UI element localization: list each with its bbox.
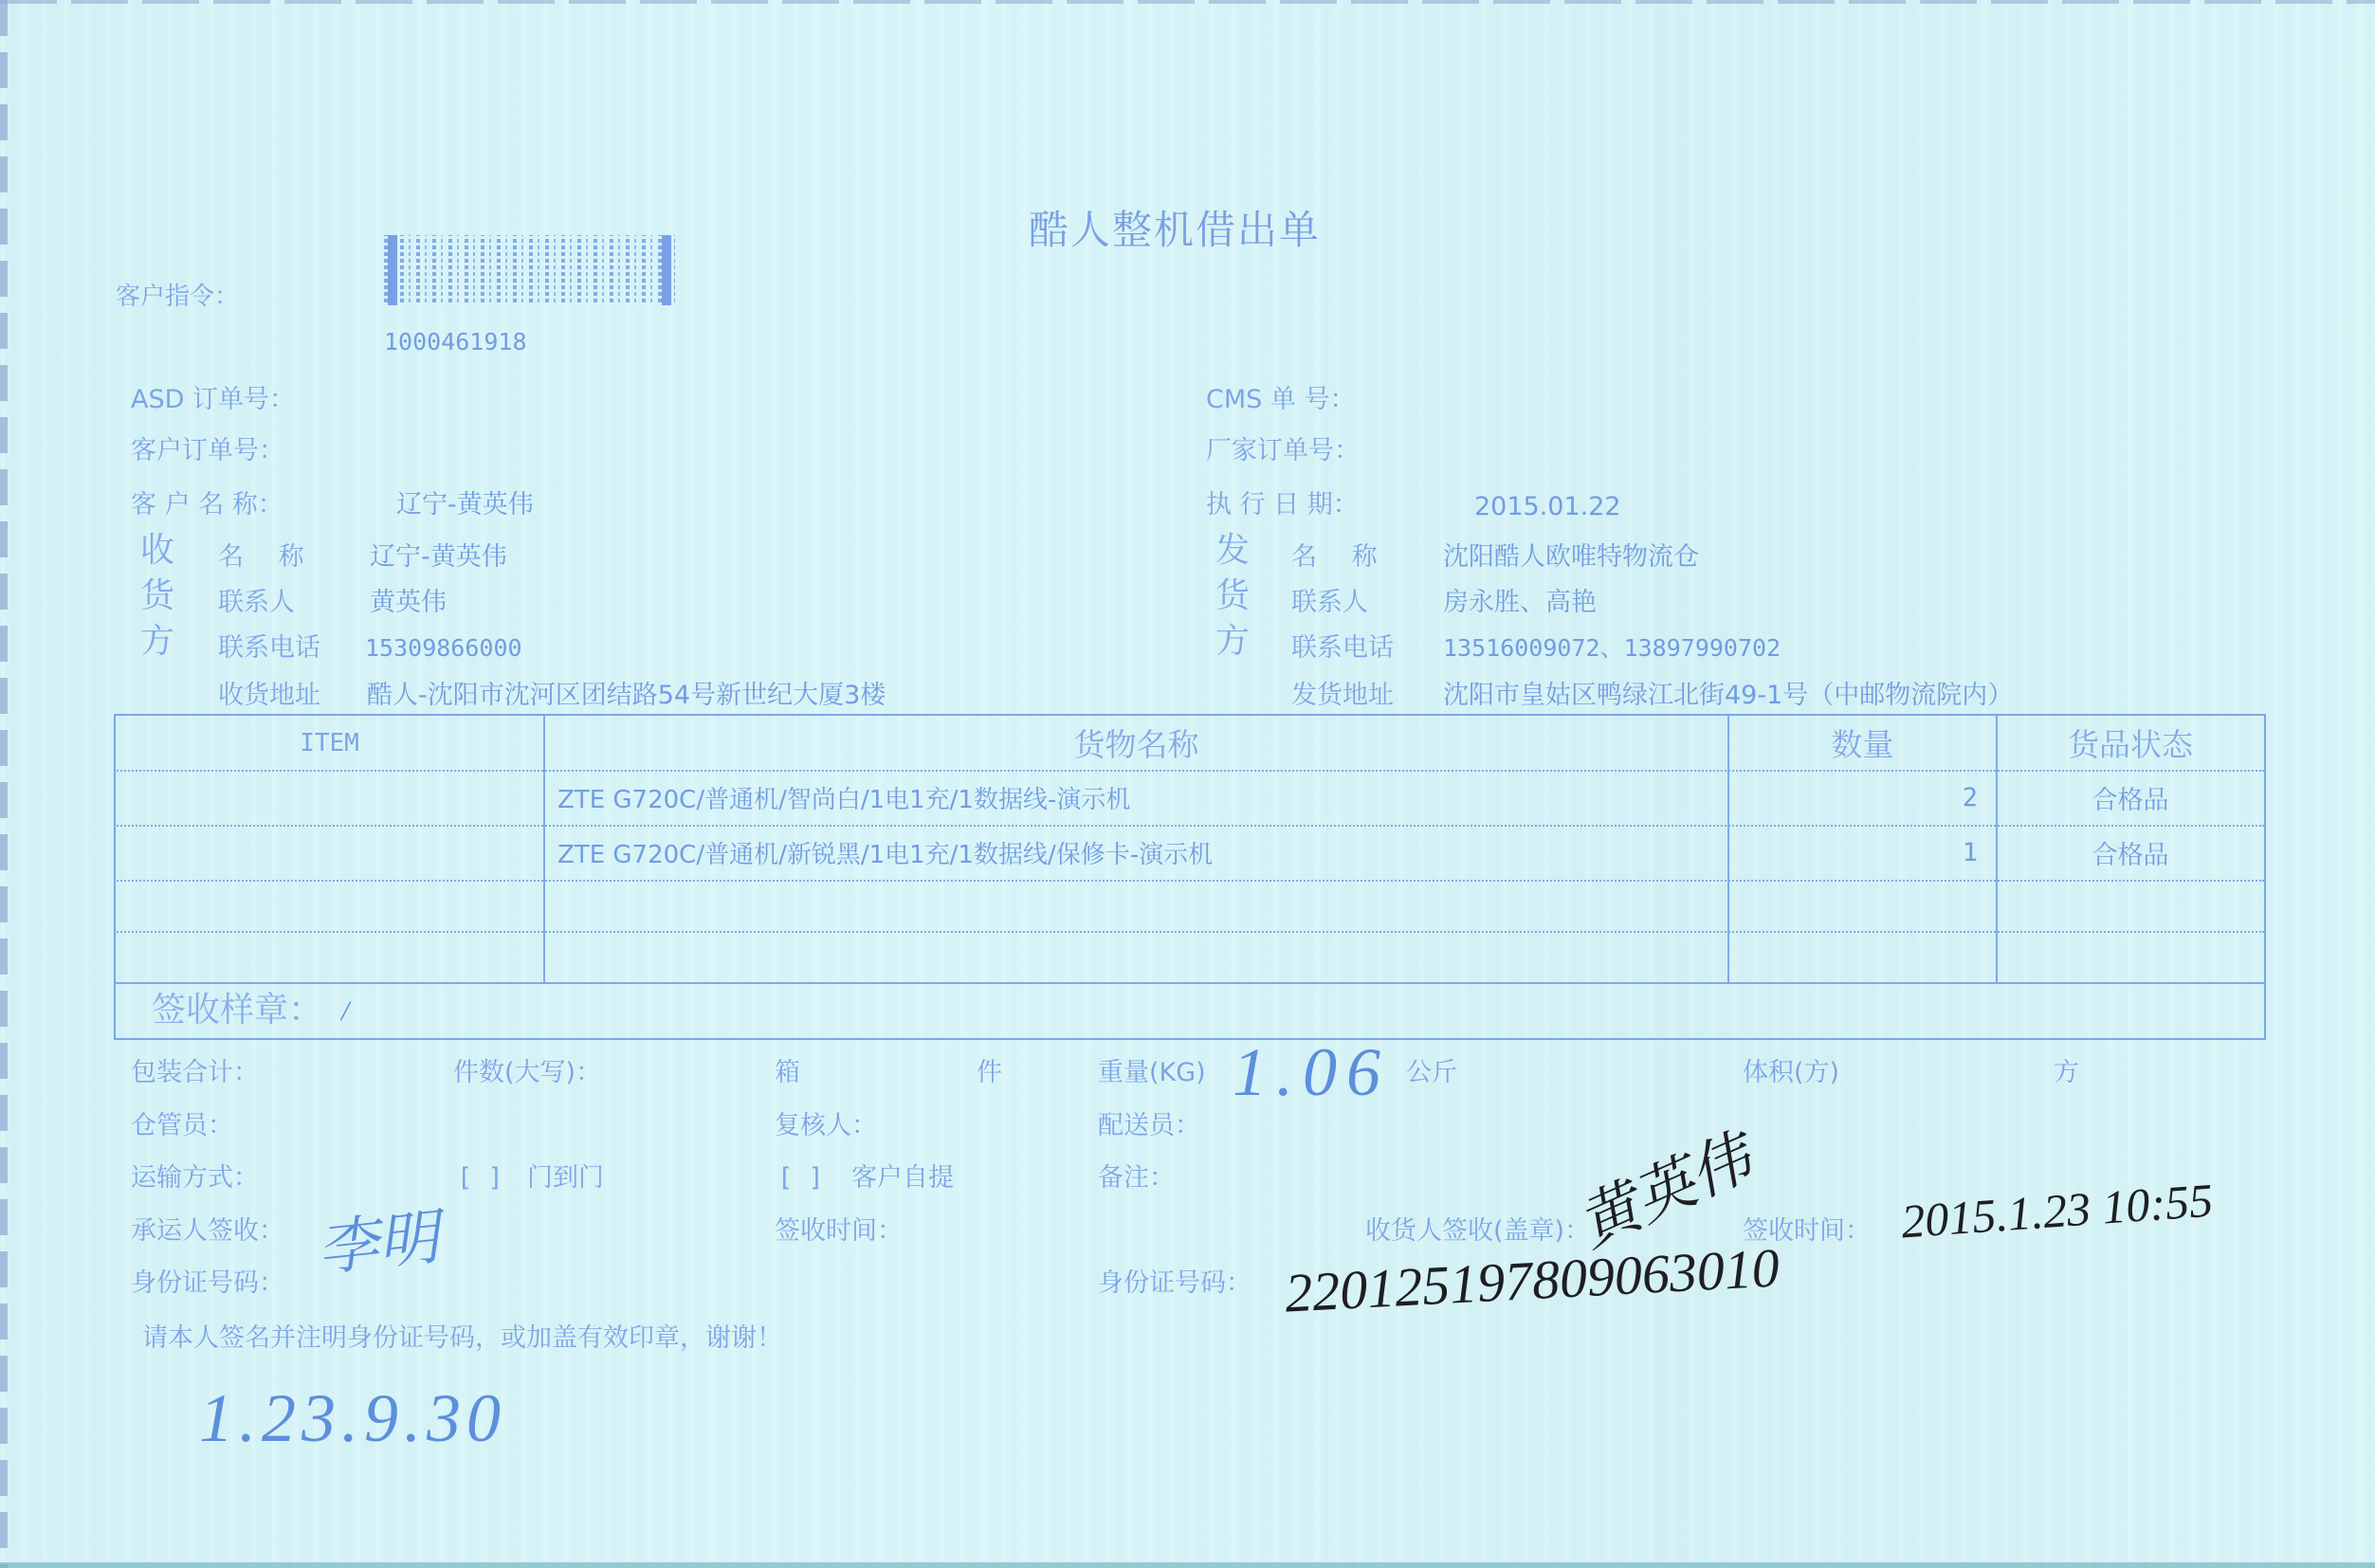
door-to-door-label: 门到门 (527, 1165, 604, 1191)
receiver-side-char-1: 收 (140, 534, 174, 568)
customer-name-label: 客 户 名 称： (131, 492, 283, 518)
receiver-contact-value: 黄英伟 (370, 590, 447, 615)
header-qty-text: 数量 (1832, 720, 1894, 765)
table-header-goods-name: 货物名称 (545, 716, 1727, 770)
receiver-sign-label: 收货人签收(盖章)： (1365, 1218, 1590, 1244)
carrier-id-label: 身份证号码： (131, 1270, 284, 1296)
table-row-2-qty: 1 (1729, 825, 1978, 880)
table-header-status: 货品状态 (1998, 716, 2263, 770)
table-row-1-name: ZTE G720C/普通机/智尚白/1电1充/1数据线-演示机 (557, 770, 1724, 825)
left-perforation-edge (0, 0, 8, 1568)
stamp-mark: / (341, 997, 349, 1026)
sender-address-label: 发货地址 (1291, 683, 1394, 708)
customer-instruction-label: 客户指令： (116, 284, 239, 309)
receiver-signature: 黄英伟 (1569, 1127, 1760, 1257)
delivery-person-label: 配送员： (1098, 1113, 1200, 1139)
sender-side-char-2: 货 (1215, 579, 1250, 613)
box-label: 箱 (775, 1060, 800, 1085)
customer-order-label: 客户订单号： (131, 438, 284, 464)
volume-unit: 方 (2054, 1060, 2079, 1085)
table-header-item: ITEM (116, 716, 543, 770)
receiver-phone-value: 15309866000 (365, 636, 522, 660)
sender-side-char-3: 方 (1215, 625, 1250, 659)
receiver-side-char-2: 货 (140, 579, 174, 613)
receiver-name-label: 名 称 (218, 544, 318, 570)
volume-label: 体积(方) (1743, 1060, 1839, 1085)
receiver-sign-time-handwritten: 2015.1.23 10:55 (1900, 1176, 2215, 1246)
receiver-contact-label: 联系人 (218, 590, 295, 615)
sign-stamp-label: 签收样章： (152, 994, 322, 1028)
sender-phone-label: 联系电话 (1291, 635, 1394, 661)
sender-contact-value: 房永胜、高艳 (1443, 590, 1597, 615)
row-1-qty-text: 2 (1963, 783, 1978, 812)
sender-name-label: 名 称 (1291, 544, 1391, 570)
package-total-label: 包装合计： (131, 1060, 259, 1085)
row-1-name-text: ZTE G720C/普通机/智尚白/1电1充/1数据线-演示机 (557, 780, 1130, 815)
sender-name-value: 沈阳酷人欧唯特物流仓 (1443, 544, 1699, 570)
self-pickup-label: 客户自提 (851, 1165, 954, 1191)
table-header-qty: 数量 (1729, 716, 1996, 770)
table-row-2-name: ZTE G720C/普通机/新锐黑/1电1充/1数据线/保修卡-演示机 (557, 825, 1724, 880)
manufacturer-order-label: 厂家订单号： (1206, 438, 1360, 464)
remarks-label: 备注： (1098, 1165, 1175, 1191)
customer-name-value: 辽宁-黄英伟 (396, 492, 534, 518)
self-pickup-checkbox[interactable]: [ ] (777, 1165, 824, 1191)
warehouse-keeper-label: 仓管员： (131, 1113, 233, 1139)
table-divider (114, 982, 2264, 984)
paper-bottom-edge (0, 1562, 2375, 1568)
exec-date-value: 2015.01.22 (1474, 494, 1621, 520)
cms-order-label: CMS 单 号： (1206, 387, 1355, 412)
receiver-side-char-3: 方 (140, 625, 174, 659)
table-row-4-name (557, 931, 1724, 982)
sender-side-char-1: 发 (1215, 534, 1250, 568)
weight-unit: 公斤 (1406, 1060, 1457, 1085)
asd-order-label: ASD 订单号： (131, 387, 295, 412)
row-1-status-text: 合格品 (2092, 779, 2169, 816)
sender-address-value: 沈阳市皇姑区鸭绿江北街49-1号（中邮物流院内） (1443, 683, 2013, 708)
row-2-name-text: ZTE G720C/普通机/新锐黑/1电1充/1数据线/保修卡-演示机 (557, 835, 1213, 870)
piece-count-label: 件数(大写)： (453, 1060, 601, 1085)
piece-label: 件 (977, 1060, 1002, 1085)
table-row-1-status: 合格品 (1998, 770, 2263, 825)
header-goods-name-text: 货物名称 (1074, 720, 1199, 765)
receiver-address-value: 酷人-沈阳市沈河区团结路54号新世纪大厦3楼 (367, 683, 886, 708)
barcode-number: 1000461918 (384, 330, 527, 354)
receiver-id-label: 身份证号码： (1098, 1270, 1251, 1296)
receiver-address-label: 收货地址 (218, 683, 320, 708)
header-item-text: ITEM (300, 729, 359, 757)
handwritten-note: 1.23.9.30 (199, 1384, 506, 1452)
transport-label: 运输方式： (131, 1165, 259, 1191)
row-2-qty-text: 1 (1963, 838, 1978, 867)
weight-value-handwritten: 1.06 (1233, 1038, 1390, 1106)
pdf417-barcode-icon (384, 235, 675, 305)
header-status-text: 货品状态 (2068, 720, 2193, 765)
document-title: 酷人整机借出单 (1029, 210, 1321, 250)
signature-notice: 请本人签名并注明身份证号码，或加盖有效印章，谢谢！ (142, 1325, 782, 1351)
table-row-2-status: 合格品 (1998, 825, 2263, 880)
row-2-status-text: 合格品 (2092, 834, 2169, 871)
table-row-1-qty: 2 (1729, 770, 1978, 825)
sender-contact-label: 联系人 (1291, 590, 1368, 615)
weight-label: 重量(KG) (1098, 1060, 1206, 1085)
carrier-sign-time-label: 签收时间： (775, 1218, 903, 1244)
reviewer-label: 复核人： (775, 1113, 877, 1139)
receiver-id-handwritten: 220125197809063010 (1284, 1240, 1781, 1321)
carrier-signature: 李明 (315, 1207, 442, 1280)
sender-phone-value: 13516009072、13897990702 (1443, 636, 1781, 660)
door-to-door-checkbox[interactable]: [ ] (457, 1165, 503, 1191)
table-row-3-name (557, 880, 1724, 931)
exec-date-label: 执 行 日 期： (1206, 492, 1359, 518)
table-row-2-item (116, 825, 543, 880)
receiver-phone-label: 联系电话 (218, 635, 320, 661)
table-row-1-item (116, 770, 543, 825)
top-perforation-edge (0, 0, 2375, 4)
receiver-name-value: 辽宁-黄英伟 (370, 544, 507, 570)
carrier-sign-label: 承运人签收： (131, 1218, 284, 1244)
